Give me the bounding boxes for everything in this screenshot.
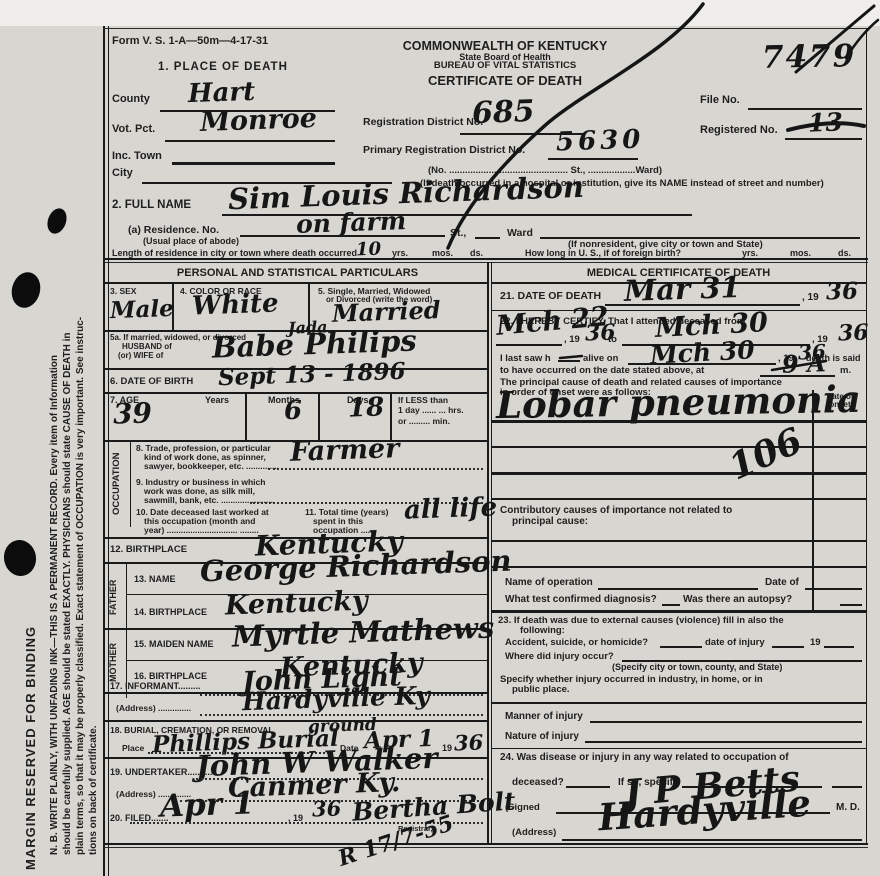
contrib-line1 — [491, 540, 866, 542]
occurred-line: to have occurred on the date stated abov… — [500, 366, 704, 376]
occupation-strip-line — [130, 440, 131, 527]
cell-divider — [172, 283, 174, 330]
lastsaw-mid: alive on — [583, 354, 618, 364]
dob-label: 6. DATE OF BIRTH — [110, 377, 193, 387]
autopsy-label: Was there an autopsy? — [683, 595, 792, 606]
marital-value: Married — [332, 298, 441, 326]
header-divider2 — [103, 262, 868, 263]
sex-value: Male — [110, 297, 174, 322]
less-than-label: If LESS than — [398, 396, 448, 405]
occ8-value: Farmer — [290, 435, 400, 466]
onset-header: Date of onset — [814, 393, 866, 410]
personal-title: PERSONAL AND STATISTICAL PARTICULARS — [108, 268, 487, 280]
length-value: 10 — [356, 241, 382, 260]
years-label: Years — [205, 396, 229, 405]
frame-right — [866, 28, 867, 845]
full-name-value: Sim Louis Richardson — [228, 173, 585, 214]
county-label: County — [112, 94, 150, 106]
parents-strip-line — [126, 562, 127, 698]
contributory-line1: Contributory causes of importance not re… — [500, 506, 732, 517]
reg-district-label: Registration District No. — [363, 117, 483, 128]
signed-md: M. D. — [836, 803, 860, 814]
frame-left — [103, 26, 105, 876]
q23-19: 19 — [810, 638, 821, 648]
informant-addr-value: Hardyville Ky — [242, 683, 431, 715]
occurred-m: m. — [840, 366, 851, 376]
birthplace-label: 12. BIRTHPLACE — [110, 545, 187, 555]
margin-note-line: tions on back of certificate. — [89, 55, 102, 855]
test-line — [662, 604, 680, 606]
inc-town-line — [172, 162, 335, 165]
personal-title-line — [103, 282, 487, 284]
days-value: 18 — [348, 394, 385, 421]
cause-line2 — [491, 446, 866, 448]
file-no-label: File No. — [700, 95, 740, 107]
q23-where: Where did injury occur? — [505, 652, 614, 662]
residence-line — [240, 235, 445, 237]
place-of-death-heading: 1. PLACE OF DEATH — [158, 61, 288, 73]
dod-19: , 19 — [802, 293, 819, 304]
registered-no-line — [785, 138, 862, 140]
address-line — [562, 839, 862, 841]
q23-line2: following: — [520, 626, 565, 636]
spouse-value: Babe Philips — [212, 326, 418, 362]
frame-bottom2 — [103, 847, 868, 848]
months-value: 6 — [284, 398, 303, 425]
onset-column-line — [812, 390, 814, 612]
dod-value: Mar 31 — [624, 273, 742, 306]
row-line — [103, 720, 487, 722]
q23-date-line — [772, 646, 804, 648]
certify-from-line — [496, 344, 562, 346]
q23-19-line — [824, 646, 854, 648]
contrib-line2 — [491, 566, 866, 568]
less-than-label3: or ......... min. — [398, 417, 450, 426]
foreign-label: How long in U. S., if of foreign birth? — [525, 249, 681, 258]
file-no-line — [748, 108, 862, 110]
cause-line4 — [491, 498, 866, 500]
operation-date-line — [805, 588, 862, 590]
burial-place-label: Place — [122, 744, 144, 753]
certify-to-label: to — [608, 335, 617, 345]
foreign-ds: ds. — [838, 249, 851, 258]
certify-to-year: 36 — [838, 321, 869, 344]
primary-reg-label: Primary Registration District No. — [363, 145, 525, 156]
vot-pct-value: Monroe — [200, 105, 318, 136]
q24-top-line — [491, 748, 866, 749]
father-bp-label: 14. BIRTHPLACE — [134, 608, 207, 617]
father-vertical-label: FATHER — [109, 566, 121, 628]
father-name-value: George Richardson — [200, 547, 512, 587]
length-ds: ds. — [470, 249, 483, 258]
residence-st-line — [475, 237, 500, 239]
physician-address: Hardyville — [597, 785, 812, 837]
death-certificate-scan: MARGIN RESERVED FOR BINDING N. B. WRITE … — [0, 0, 880, 876]
length-yrs: yrs. — [392, 249, 408, 258]
occupation-vertical-label: OCCUPATION — [112, 444, 126, 524]
dod-line — [605, 304, 800, 306]
less-than-label2: 1 day ...... ... hrs. — [398, 406, 464, 415]
q23-specify-note: (Specify city or town, county, and State… — [612, 663, 782, 672]
q23-accident: Accident, suicide, or homicide? — [505, 638, 648, 648]
cell-divider — [318, 392, 320, 440]
certificate-title: CERTIFICATE OF DEATH — [360, 74, 650, 88]
residence-label: (a) Residence. No. — [128, 225, 219, 236]
lastsaw-blank — [558, 360, 580, 362]
mother-name-value: Myrtle Mathews — [232, 613, 495, 651]
operation-line — [598, 588, 758, 590]
color-value: White — [192, 290, 279, 319]
margin-binding-text: MARGIN RESERVED FOR BINDING — [24, 388, 42, 870]
spouse-label3: (or) WIFE of — [118, 352, 163, 360]
signed-label: (Signed — [505, 803, 540, 813]
dod-label: 21. DATE OF DEATH — [500, 291, 601, 302]
operation-label: Name of operation — [505, 578, 593, 589]
primary-reg-line — [548, 158, 638, 160]
reg-district-value: 685 — [471, 97, 535, 129]
lastsaw-pre: I last saw h — [500, 354, 551, 364]
full-name-label: 2. FULL NAME — [112, 199, 191, 211]
county-value: Hart — [188, 79, 256, 107]
dod-year-value: 36 — [826, 279, 859, 303]
contributory-line2: principal cause: — [512, 517, 588, 528]
length-mos: mos. — [432, 249, 453, 258]
cause-code-value: 106 — [724, 422, 807, 485]
foreign-yrs: yrs. — [742, 249, 758, 258]
registered-no-label: Registered No. — [700, 125, 778, 137]
address-label: (Address) — [512, 828, 556, 838]
burial-year-value: 36 — [454, 731, 484, 753]
occ8-leader — [268, 468, 483, 470]
inc-town-label: Inc. Town — [112, 151, 162, 163]
hole-punch — [8, 269, 44, 311]
frame-left-inner — [108, 26, 109, 876]
q24-deceased-line — [566, 786, 610, 788]
vot-pct-line — [165, 140, 335, 142]
q23-bottom-line — [491, 702, 866, 704]
city-label: City — [112, 168, 133, 180]
nature-line — [585, 741, 862, 743]
q23-line5: public place. — [512, 685, 570, 695]
residence-ward-label: Ward — [507, 228, 533, 239]
operation-date-label: Date of — [765, 578, 799, 589]
q23-date-label: date of injury — [705, 638, 765, 648]
dob-value: Sept 13 - 1896 — [218, 360, 406, 390]
age-value: 39 — [113, 399, 153, 428]
q24-specify-line2 — [832, 786, 862, 788]
q23-accident-line — [660, 646, 702, 648]
filed-year-value: 36 — [312, 797, 342, 819]
primary-reg-value: 5630 — [556, 126, 645, 155]
residence-value: on farm — [296, 208, 407, 237]
frame-top — [103, 28, 868, 29]
section-line — [491, 610, 866, 613]
residence-st-label: St., — [450, 228, 466, 239]
occ10-label3: year) .............................. ...… — [144, 526, 259, 535]
cause-of-death-value: Lobar pneumonia — [496, 381, 861, 424]
autopsy-line — [840, 604, 862, 606]
q24-deceased: deceased? — [512, 778, 564, 789]
certify-19a: , 19 — [564, 335, 580, 345]
mother-name-label: 15. MAIDEN NAME — [134, 640, 214, 649]
father-name-label: 13. NAME — [134, 575, 176, 584]
occurred-time-value: 9 A — [782, 351, 826, 377]
vot-pct-label: Vot. Pct. — [112, 124, 155, 136]
length-label: Length of residence in city or town wher… — [112, 249, 357, 258]
form-number: Form V. S. 1-A—50m—4-17-31 — [112, 36, 268, 48]
file-no-value: 7479 — [762, 41, 857, 74]
registered-no-value: 13 — [808, 109, 844, 135]
informant-label: 17. INFORMANT......... — [110, 682, 201, 691]
frame-bottom — [103, 843, 868, 845]
row-line — [103, 392, 487, 394]
cell-divider — [245, 392, 247, 440]
cause-line1 — [491, 420, 866, 423]
full-name-line — [222, 214, 692, 216]
onset-header-line2: onset — [829, 400, 850, 409]
foreign-mos: mos. — [790, 249, 811, 258]
nature-label: Nature of injury — [505, 732, 579, 743]
occ8-label3: sawyer, bookkeeper, etc. .............. — [144, 462, 279, 471]
occ11-value: all life — [404, 494, 498, 523]
bureau-title: BUREAU OF VITAL STATISTICS — [360, 61, 650, 71]
burial-19: 19 — [442, 744, 452, 753]
manner-line — [590, 721, 862, 723]
abode-note: (Usual place of abode) — [143, 237, 239, 246]
manner-label: Manner of injury — [505, 712, 583, 723]
sex-label: 3. SEX — [110, 287, 136, 296]
cause-line3 — [491, 472, 866, 475]
filed-date-value: Apr 1 — [159, 788, 254, 822]
test-label: What test confirmed diagnosis? — [505, 595, 657, 606]
informant-addr-label: (Address) .............. — [116, 704, 191, 713]
